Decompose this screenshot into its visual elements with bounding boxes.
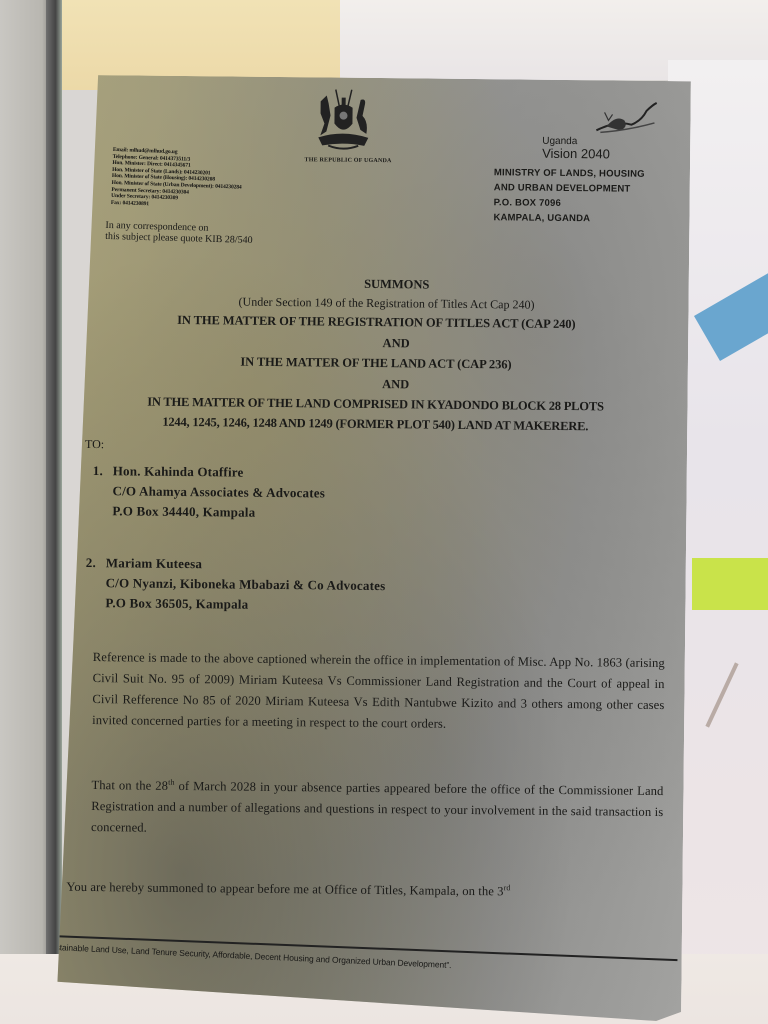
paragraph-text: of March 2028 in your absence parties ap… [91, 779, 664, 835]
recipient-name: Hon. Kahinda Otaffire [113, 463, 244, 479]
ordinal-suffix: rd [504, 883, 511, 892]
recipient-address: P.O Box 34440, Kampala [92, 501, 325, 523]
uganda-coat-of-arms-icon [308, 85, 379, 156]
recipient-address: P.O Box 36505, Kampala [85, 593, 385, 616]
crested-crane-icon [536, 100, 666, 141]
recipient-number: 1. [93, 461, 113, 481]
body-paragraph-reference: Reference is made to the above captioned… [92, 647, 665, 737]
vision-2040-logo: Uganda Vision 2040 [536, 100, 667, 161]
quote-reference: In any correspondence on this subject pl… [105, 220, 253, 246]
body-paragraph-summoned: You are hereby summoned to appear before… [66, 877, 658, 904]
paragraph-text: That on the 28 [91, 778, 168, 793]
vision-logo-text: Vision 2040 [542, 146, 610, 162]
recipient-care-of: C/O Ahamya Associates & Advocates [92, 481, 325, 503]
summons-document: Email: mlhud@mlhud.go.ug Telephone: Gene… [57, 75, 691, 1021]
to-label: TO: [85, 437, 104, 452]
ministry-line: KAMPALA, UGANDA [493, 210, 693, 227]
recipient-1: 1.Hon. Kahinda Otaffire C/O Ahamya Assoc… [92, 461, 325, 523]
summons-title-block: SUMMONS (Under Section 149 of the Regist… [63, 271, 689, 438]
recipient-number: 2. [86, 553, 106, 573]
republic-label: THE REPUBLIC OF UGANDA [298, 157, 398, 164]
body-paragraph-absence: That on the 28th of March 2028 in your a… [91, 775, 664, 844]
ministry-address: MINISTRY OF LANDS, HOUSING AND URBAN DEV… [493, 165, 694, 227]
contact-details: Email: mlhud@mlhud.go.ug Telephone: Gene… [111, 147, 293, 213]
recipient-name: Mariam Kuteesa [106, 555, 202, 571]
binder-edge [46, 0, 62, 1024]
yellow-sticky-tab [692, 558, 768, 610]
recipient-2: 2.Mariam Kuteesa C/O Nyanzi, Kiboneka Mb… [85, 553, 385, 616]
paragraph-text: You are hereby summoned to appear before… [66, 880, 503, 899]
